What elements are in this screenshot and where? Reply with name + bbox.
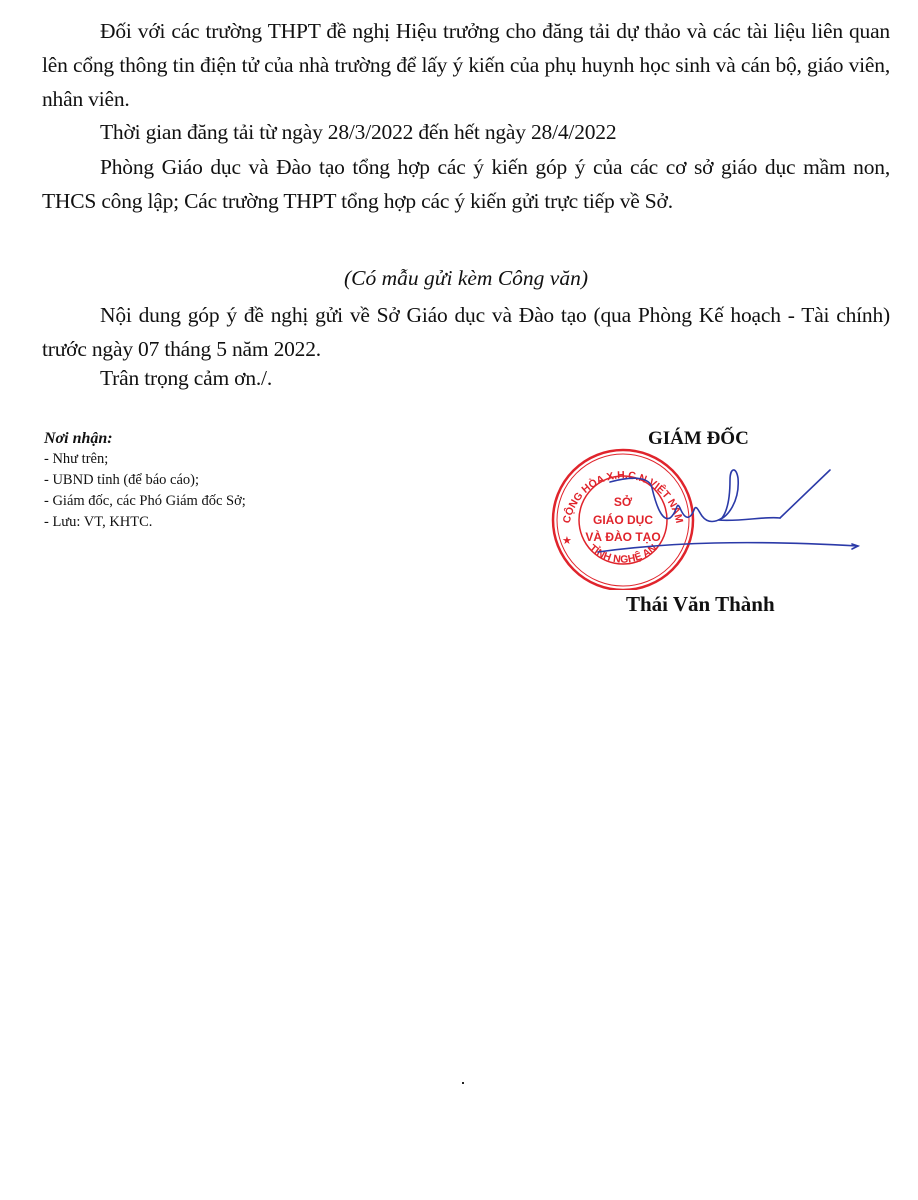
recipients-block: Nơi nhận: - Như trên; - UBND tỉnh (để bá… (44, 428, 246, 533)
recipients-title: Nơi nhận: (44, 428, 246, 449)
svg-text:★: ★ (562, 535, 572, 547)
paragraph-submission: Nội dung góp ý đề nghị gửi về Sở Giáo dụ… (42, 298, 890, 366)
recipient-item: - Như trên; (44, 449, 246, 470)
recipient-item: - Giám đốc, các Phó Giám đốc Sở; (44, 491, 246, 512)
recipient-item: - UBND tỉnh (để báo cáo); (44, 470, 246, 491)
closing-line: Trân trọng cảm ơn./. (100, 366, 272, 391)
paragraph-aggregation: Phòng Giáo dục và Đào tạo tổng hợp các ý… (42, 150, 890, 218)
text-line: Nội dung góp ý đề nghị gửi về Sở Giáo dụ… (100, 303, 788, 327)
signature-icon (590, 460, 870, 580)
paragraph-school-instructions: Đối với các trường THPT đề nghị Hiệu trư… (42, 14, 890, 116)
text-line: Sở. (645, 189, 673, 213)
signatory-position: GIÁM ĐỐC (648, 428, 749, 450)
text-line: Thời gian đăng tải từ ngày 28/3/2022 đến… (100, 120, 616, 144)
paragraph-posting-period: Thời gian đăng tải từ ngày 28/3/2022 đến… (100, 120, 616, 145)
text-line: Đối với các trường THPT đề nghị Hiệu trư… (100, 19, 774, 43)
signatory-name: Thái Văn Thành (626, 592, 775, 617)
text-line: Phòng Giáo dục và Đào tạo tổng hợp các ý… (100, 155, 803, 179)
recipient-item: - Lưu: VT, KHTC. (44, 512, 246, 533)
attachment-note: (Có mẫu gửi kèm Công văn) (42, 266, 890, 291)
page-dot (462, 1082, 464, 1084)
